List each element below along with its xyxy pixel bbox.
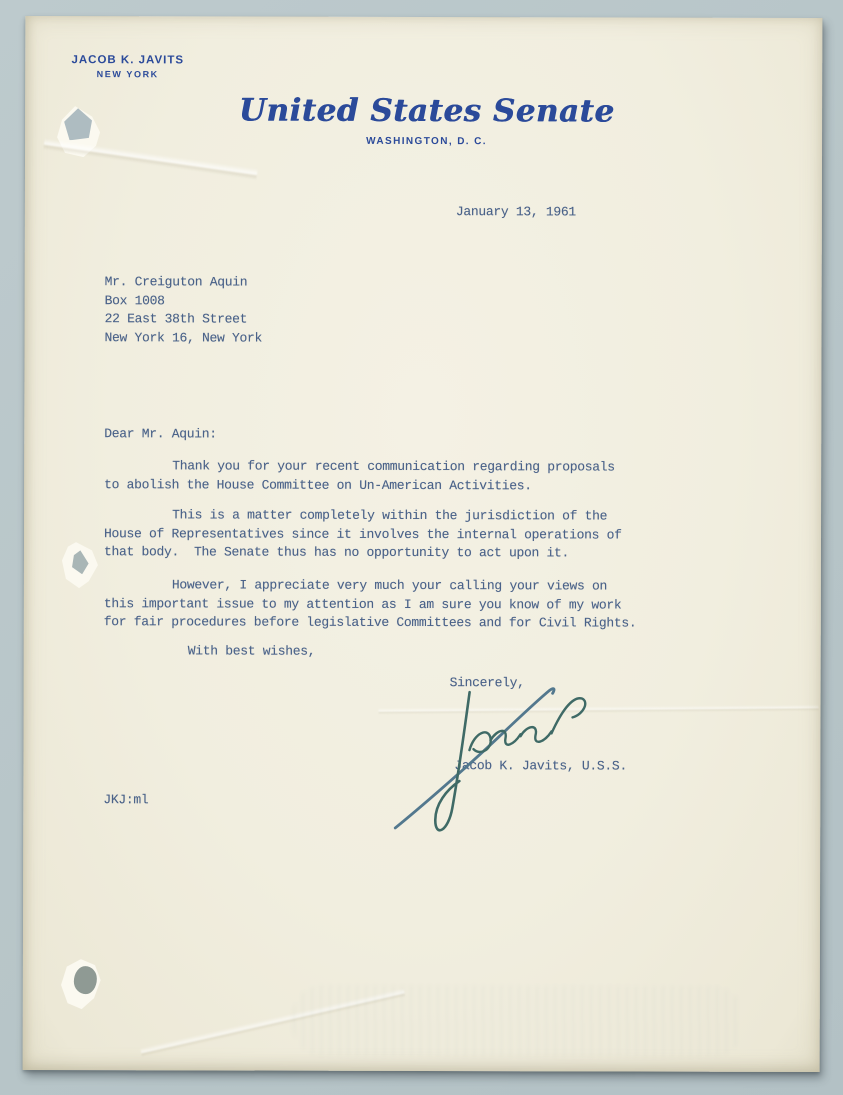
address-line: 22 East 38th Street: [105, 310, 263, 329]
org-location: WASHINGTON, D. C.: [28, 135, 825, 148]
body-paragraph: However, I appreciate very much your cal…: [104, 576, 637, 633]
recipient-address: Mr. Creiguton Aquin Box 1008 22 East 38t…: [105, 273, 263, 347]
sender-name: JACOB K. JAVITS: [45, 54, 210, 66]
paragraph-line: Thank you for your recent communication …: [104, 457, 615, 477]
paragraph-line: this important issue to my attention as …: [104, 595, 637, 615]
body-paragraph: Thank you for your recent communication …: [104, 457, 615, 495]
hole-gap: [74, 966, 97, 994]
salutation: Dear Mr. Aquin:: [104, 425, 217, 444]
paragraph-line: that body. The Senate thus has no opport…: [104, 543, 622, 563]
typist-initials: JKJ:ml: [103, 791, 148, 810]
paragraph-line: However, I appreciate very much your cal…: [104, 576, 637, 596]
sender-state: NEW YORK: [45, 69, 210, 79]
signature-scrawl: [389, 668, 654, 859]
signature-slash-stroke: [395, 688, 554, 828]
letter-paper: JACOB K. JAVITS NEW YORK United States S…: [23, 16, 823, 1072]
address-line: New York 16, New York: [105, 329, 263, 348]
paragraph-line: for fair procedures before legislative C…: [104, 613, 637, 633]
torn-hole-bottom: [59, 959, 103, 1009]
show-through-impression: [293, 985, 743, 1058]
paragraph-line: House of Representatives since it involv…: [104, 525, 622, 545]
torn-hole-top: [56, 105, 106, 157]
signature-scrawl-strokes: [435, 692, 585, 831]
address-line: Mr. Creiguton Aquin: [105, 273, 263, 292]
paper-crease: [140, 987, 406, 1059]
regards-line: With best wishes,: [188, 642, 316, 661]
paragraph-line: This is a matter completely within the j…: [104, 506, 622, 526]
torn-hole-middle: [60, 542, 100, 588]
org-name: United States Senate: [28, 92, 825, 130]
address-line: Box 1008: [105, 292, 263, 311]
body-paragraph: This is a matter completely within the j…: [104, 506, 622, 563]
date-line: January 13, 1961: [456, 203, 576, 222]
paragraph-line: to abolish the House Committee on Un-Ame…: [104, 476, 615, 496]
